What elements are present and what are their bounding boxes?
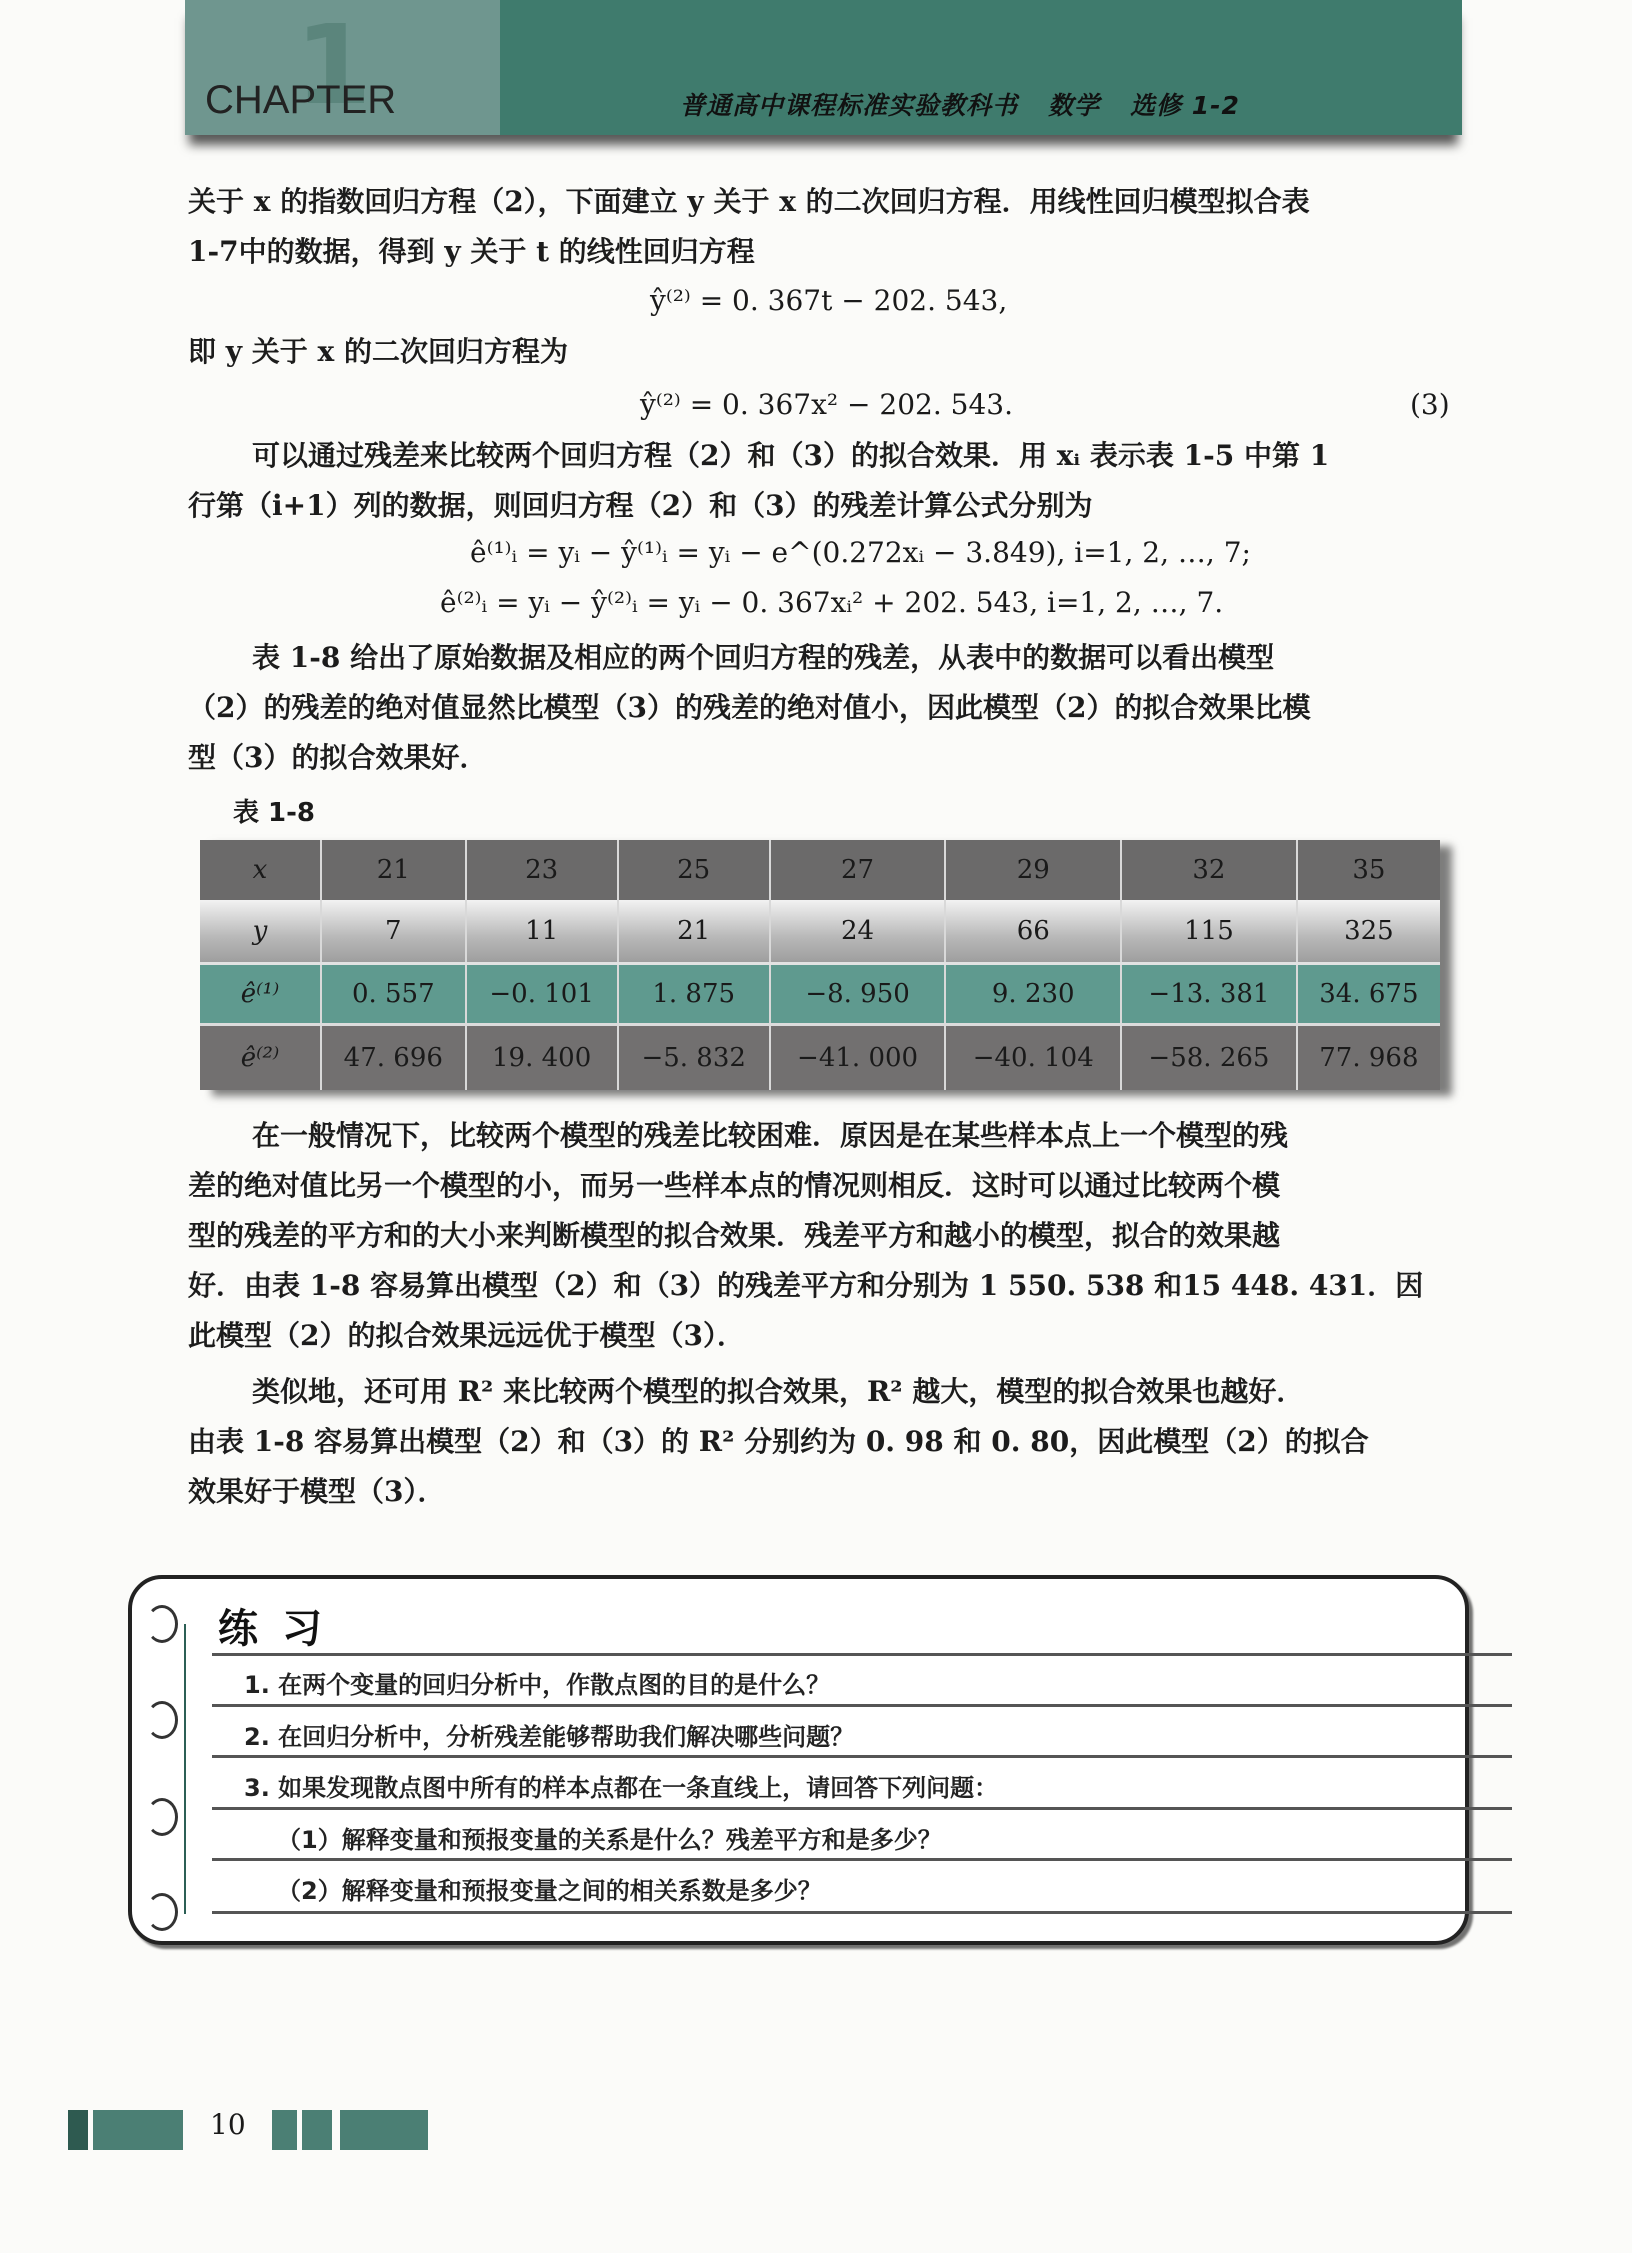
table-cell: 21 <box>618 900 770 964</box>
paragraph-line: 1-7中的数据，得到 y 关于 t 的线性回归方程 <box>188 234 755 270</box>
paragraph-line: 类似地，还可用 R² 来比较两个模型的拟合效果，R² 越大，模型的拟合效果也越好… <box>252 1374 1304 1410</box>
equation-linear: ŷ⁽²⁾ = 0. 367t − 202. 543, <box>650 284 1007 317</box>
table-cell: 47. 696 <box>321 1025 466 1091</box>
row-header: ê⁽²⁾ <box>200 1025 321 1091</box>
exercise-subitem: （1）解释变量和预报变量的关系是什么？残差平方和是多少？ <box>277 1820 942 1855</box>
table-cell: 19. 400 <box>466 1025 618 1091</box>
paragraph-line: 型（3）的拟合效果好． <box>188 740 487 776</box>
table-caption: 表 1-8 <box>233 792 315 829</box>
paragraph-line: 差的绝对值比另一个模型的小，而另一些样本点的情况则相反．这时可以通过比较两个模 <box>188 1168 1280 1204</box>
binder-ring-icon <box>146 1798 178 1836</box>
paragraph-line: 即 y 关于 x 的二次回归方程为 <box>188 334 568 370</box>
rule-line <box>212 1807 1512 1810</box>
table-cell: 1. 875 <box>618 964 770 1025</box>
subject-label: 数学 <box>1048 91 1100 120</box>
table-cell: −40. 104 <box>945 1025 1121 1091</box>
paragraph-line: 关于 x 的指数回归方程（2），下面建立 y 关于 x 的二次回归方程．用线性回… <box>188 184 1310 220</box>
paragraph-line: 表 1-8 给出了原始数据及相应的两个回归方程的残差，从表中的数据可以看出模型 <box>252 640 1274 676</box>
margin-line <box>184 1624 186 1914</box>
equation-quadratic: ŷ⁽²⁾ = 0. 367x² − 202. 543. <box>640 388 1013 421</box>
equation-residual-1: ê⁽¹⁾ᵢ = yᵢ − ŷ⁽¹⁾ᵢ = yᵢ − e^(0.272xᵢ − 3… <box>470 536 1251 569</box>
table-cell: −13. 381 <box>1121 964 1297 1025</box>
footer-bar <box>272 2110 297 2150</box>
rule-line <box>212 1704 1512 1707</box>
table-cell: 24 <box>770 900 946 964</box>
table-cell: 29 <box>945 840 1121 900</box>
paragraph-line: 在一般情况下，比较两个模型的残差比较困难．原因是在某些样本点上一个模型的残 <box>252 1118 1288 1154</box>
table-cell: −58. 265 <box>1121 1025 1297 1091</box>
exercise-box: 练习 1. 在两个变量的回归分析中，作散点图的目的是什么？ 2. 在回归分析中，… <box>128 1575 1469 1945</box>
row-header: ê⁽¹⁾ <box>200 964 321 1025</box>
table-cell: −0. 101 <box>466 964 618 1025</box>
table-row-y: y 7 11 21 24 66 115 325 <box>200 900 1440 964</box>
rule-line <box>212 1911 1512 1914</box>
paragraph-line: 行第（i+1）列的数据，则回归方程（2）和（3）的残差计算公式分别为 <box>188 488 1093 524</box>
table-cell: 23 <box>466 840 618 900</box>
footer-bar <box>93 2110 183 2150</box>
paragraph-line: （2）的残差的绝对值显然比模型（3）的残差的绝对值小，因此模型（2）的拟合效果比… <box>188 690 1310 726</box>
table-cell: 7 <box>321 900 466 964</box>
chapter-tab: 1 CHAPTER <box>185 0 500 135</box>
table-cell: 27 <box>770 840 946 900</box>
table-cell: 11 <box>466 900 618 964</box>
footer-bar <box>302 2110 332 2150</box>
row-header: y <box>200 900 321 964</box>
table-cell: 32 <box>1121 840 1297 900</box>
table-cell: 34. 675 <box>1297 964 1440 1025</box>
footer-bar <box>68 2110 88 2150</box>
paragraph-line: 好．由表 1-8 容易算出模型（2）和（3）的残差平方和分别为 1 550. 5… <box>188 1268 1423 1304</box>
paragraph-line: 效果好于模型（3）． <box>188 1474 445 1510</box>
rule-line <box>212 1653 1512 1656</box>
table-row-x: x 21 23 25 27 29 32 35 <box>200 840 1440 900</box>
equation-residual-2: ê⁽²⁾ᵢ = yᵢ − ŷ⁽²⁾ᵢ = yᵢ − 0. 367xᵢ² + 20… <box>440 586 1223 619</box>
residual-table: x 21 23 25 27 29 32 35 y 7 11 21 24 66 1… <box>200 840 1440 1090</box>
table-cell: 21 <box>321 840 466 900</box>
table-row-residual-1: ê⁽¹⁾ 0. 557 −0. 101 1. 875 −8. 950 9. 23… <box>200 964 1440 1025</box>
table-cell: 9. 230 <box>945 964 1121 1025</box>
chapter-header-band: 1 CHAPTER 普通高中课程标准实验教科书数学选修 1-2 <box>185 0 1462 135</box>
table-cell: 77. 968 <box>1297 1025 1440 1091</box>
table-cell: 35 <box>1297 840 1440 900</box>
table-cell: 0. 557 <box>321 964 466 1025</box>
chapter-label: CHAPTER <box>205 78 396 123</box>
table-row-residual-2: ê⁽²⁾ 47. 696 19. 400 −5. 832 −41. 000 −4… <box>200 1025 1440 1091</box>
page-number: 10 <box>210 2108 246 2141</box>
table-cell: −5. 832 <box>618 1025 770 1091</box>
paragraph-line: 可以通过残差来比较两个回归方程（2）和（3）的拟合效果．用 xᵢ 表示表 1-5… <box>252 438 1329 474</box>
exercise-subitem: （2）解释变量和预报变量之间的相关系数是多少？ <box>277 1871 822 1906</box>
series-title: 普通高中课程标准实验教科书 <box>680 91 1018 120</box>
table-cell: 325 <box>1297 900 1440 964</box>
table-cell: −41. 000 <box>770 1025 946 1091</box>
binder-ring-icon <box>146 1893 178 1931</box>
table-cell: 66 <box>945 900 1121 964</box>
rule-line <box>212 1858 1512 1861</box>
table-cell: −8. 950 <box>770 964 946 1025</box>
volume-label: 选修 1-2 <box>1130 91 1240 120</box>
paragraph-line: 型的残差的平方和的大小来判断模型的拟合效果．残差平方和越小的模型，拟合的效果越 <box>188 1218 1280 1254</box>
book-series-title: 普通高中课程标准实验教科书数学选修 1-2 <box>680 86 1270 122</box>
equation-number: (3) <box>1410 388 1450 421</box>
binder-ring-icon <box>146 1605 178 1643</box>
table-cell: 115 <box>1121 900 1297 964</box>
paragraph-line: 由表 1-8 容易算出模型（2）和（3）的 R² 分别约为 0. 98 和 0.… <box>188 1424 1369 1460</box>
binder-ring-icon <box>146 1701 178 1739</box>
exercise-title: 练习 <box>218 1597 346 1654</box>
rule-line <box>212 1755 1512 1758</box>
footer-bar <box>340 2110 428 2150</box>
table-cell: 25 <box>618 840 770 900</box>
row-header: x <box>200 840 321 900</box>
exercise-item: 3. 如果发现散点图中所有的样本点都在一条直线上，请回答下列问题： <box>244 1768 998 1803</box>
exercise-item: 1. 在两个变量的回归分析中，作散点图的目的是什么？ <box>244 1665 830 1700</box>
paragraph-line: 此模型（2）的拟合效果远远优于模型（3）． <box>188 1318 745 1354</box>
exercise-item: 2. 在回归分析中，分析残差能够帮助我们解决哪些问题？ <box>244 1717 854 1752</box>
